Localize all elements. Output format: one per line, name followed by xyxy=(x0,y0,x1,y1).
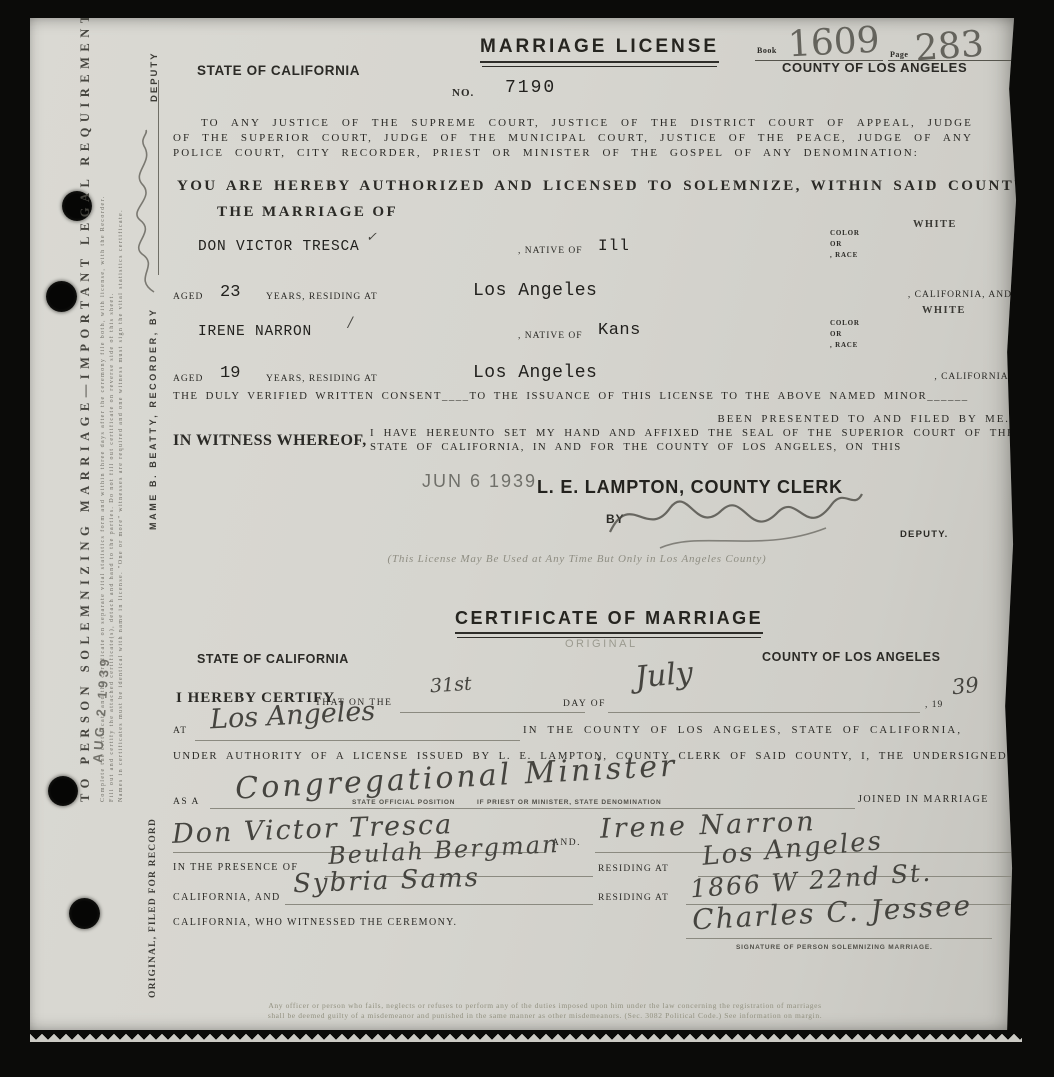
place-blank-line xyxy=(195,740,520,741)
marriage-of-line: THE MARRIAGE OF xyxy=(217,204,398,221)
punch-hole xyxy=(48,776,78,806)
month-value: July xyxy=(634,656,695,696)
month-blank-line xyxy=(608,712,920,713)
page-label: Page xyxy=(890,50,908,59)
witness2-name: Sybria Sams xyxy=(293,863,481,900)
witnessed-ceremony-line: CALIFORNIA, WHO WITNESSED THE CEREMONY. xyxy=(173,917,457,928)
filed-by-me-line: BEEN PRESENTED TO AND FILED BY ME. xyxy=(718,413,1010,425)
license-usage-note: (This License May Be Used at Any Time Bu… xyxy=(342,553,812,565)
bride-checkmark: / xyxy=(348,315,353,331)
day-value: 31st xyxy=(429,673,472,698)
day-blank-line xyxy=(400,712,585,713)
addressee-paragraph: TO ANY JUSTICE OF THE SUPREME COURT, JUS… xyxy=(173,116,973,161)
certificate-county: COUNTY OF LOS ANGELES xyxy=(762,650,941,664)
groom-color-or-race-label: COLOR OR , RACE xyxy=(830,228,876,261)
header-county: COUNTY OF LOS ANGELES xyxy=(782,60,967,75)
residing-at-label-1: RESIDING AT xyxy=(598,864,669,874)
bride-residence-value: Los Angeles xyxy=(473,363,597,383)
footer-line-2: shall be deemed guilty of a misdemeanor … xyxy=(268,1011,822,1020)
color-label-line1: COLOR xyxy=(830,319,860,327)
license-title: MARRIAGE LICENSE xyxy=(480,36,719,63)
groom-residing-label: YEARS, RESIDING AT xyxy=(266,292,378,302)
license-date-stamp: JUN 6 1939 xyxy=(422,471,537,492)
footer-fine-print: Any officer or person who fails, neglect… xyxy=(140,1001,950,1021)
groom-native-of-label: , NATIVE OF xyxy=(518,246,583,256)
witness-whereof-text: I HAVE HEREUNTO SET MY HAND AND AFFIXED … xyxy=(370,426,1015,454)
punch-hole xyxy=(46,281,77,312)
color-label-line2: OR xyxy=(830,330,842,338)
groom-native-of-value: Ill xyxy=(598,237,630,255)
bride-native-of-value: Kans xyxy=(598,321,641,340)
bride-age-value: 19 xyxy=(220,364,240,383)
bride-native-of-label: , NATIVE OF xyxy=(518,331,583,341)
groom-race-value: WHITE xyxy=(913,219,957,230)
color-label-line3: , RACE xyxy=(830,341,858,349)
margin-filed-for-record-label: ORIGINAL, FILED FOR RECORD xyxy=(148,838,158,998)
bride-residing-label: YEARS, RESIDING AT xyxy=(266,374,378,384)
day-of-label: DAY OF xyxy=(563,699,606,709)
joined-in-marriage-label: JOINED IN MARRIAGE xyxy=(858,794,989,805)
color-label-line2: OR xyxy=(830,240,842,248)
book-label: Book xyxy=(757,46,777,55)
at-label: AT xyxy=(173,726,188,736)
bride-state-suffix: , CALIFORNIA. xyxy=(934,372,1012,382)
margin-heading-vertical: TO PERSON SOLEMNIZING MARRIAGE—IMPORTANT… xyxy=(78,42,93,802)
perforated-edge xyxy=(30,1030,1022,1042)
year-prefix-label: , 19 xyxy=(925,700,943,710)
in-witness-whereof-label: IN WITNESS WHEREOF, xyxy=(173,432,367,450)
authorization-line: YOU ARE HEREBY AUTHORIZED AND LICENSED T… xyxy=(177,178,1032,195)
certificate-title: CERTIFICATE OF MARRIAGE xyxy=(455,608,763,634)
priest-denomination-sublabel: IF PRIEST OR MINISTER, STATE DENOMINATIO… xyxy=(477,799,661,806)
book-number-stamp: 1609 xyxy=(787,20,881,66)
groom-state-suffix: , CALIFORNIA, AND xyxy=(908,290,1012,300)
header-state: STATE OF CALIFORNIA xyxy=(197,63,360,78)
license-number-value: 7190 xyxy=(505,78,556,98)
license-number-label: NO. xyxy=(452,87,474,99)
scanned-document-frame: TO PERSON SOLEMNIZING MARRIAGE—IMPORTANT… xyxy=(0,0,1054,1077)
bride-aged-label: AGED xyxy=(173,374,203,384)
groom-name: DON VICTOR TRESCA xyxy=(198,239,360,255)
bride-color-or-race-label: COLOR OR , RACE xyxy=(830,318,876,351)
deputy-signature-scrawl xyxy=(600,470,870,560)
groom-residence-value: Los Angeles xyxy=(473,281,597,301)
officiant-signature-sublabel: SIGNATURE OF PERSON SOLEMNIZING MARRIAGE… xyxy=(736,944,933,951)
presence-label: IN THE PRESENCE OF xyxy=(173,862,298,873)
california-and-label: CALIFORNIA, AND xyxy=(173,892,281,903)
punch-hole xyxy=(69,898,100,929)
footer-line-1: Any officer or person who fails, neglect… xyxy=(268,1001,821,1010)
original-stamp: ORIGINAL xyxy=(565,638,638,650)
state-official-position-sublabel: STATE OFFICIAL POSITION xyxy=(352,799,455,806)
as-a-label: AS A xyxy=(173,797,200,807)
officiant-signature-line xyxy=(686,938,992,939)
margin-recorder-label: MAME B. BEATTY, RECORDER, BY xyxy=(148,255,158,530)
margin-instructions-line3: Names in certificates must be identical … xyxy=(118,42,124,802)
groom-checkmark: ✓ xyxy=(366,230,377,245)
marriage-license-document: TO PERSON SOLEMNIZING MARRIAGE—IMPORTANT… xyxy=(30,18,1022,1030)
witness2-line xyxy=(285,904,593,905)
color-label-line1: COLOR xyxy=(830,229,860,237)
bride-name: IRENE NARRON xyxy=(198,324,312,340)
certificate-state: STATE OF CALIFORNIA xyxy=(197,652,349,666)
bride-race-value: WHITE xyxy=(922,305,966,316)
groom-age-value: 23 xyxy=(220,283,240,302)
deputy-label: DEPUTY. xyxy=(900,529,949,540)
consent-line: THE DULY VERIFIED WRITTEN CONSENT____TO … xyxy=(173,390,969,402)
in-county-line: IN THE COUNTY OF LOS ANGELES, STATE OF C… xyxy=(523,724,962,736)
year-value: 39 xyxy=(951,673,980,700)
color-label-line3: , RACE xyxy=(830,251,858,259)
groom-aged-label: AGED xyxy=(173,292,203,302)
residing-at-label-2: RESIDING AT xyxy=(598,893,669,903)
